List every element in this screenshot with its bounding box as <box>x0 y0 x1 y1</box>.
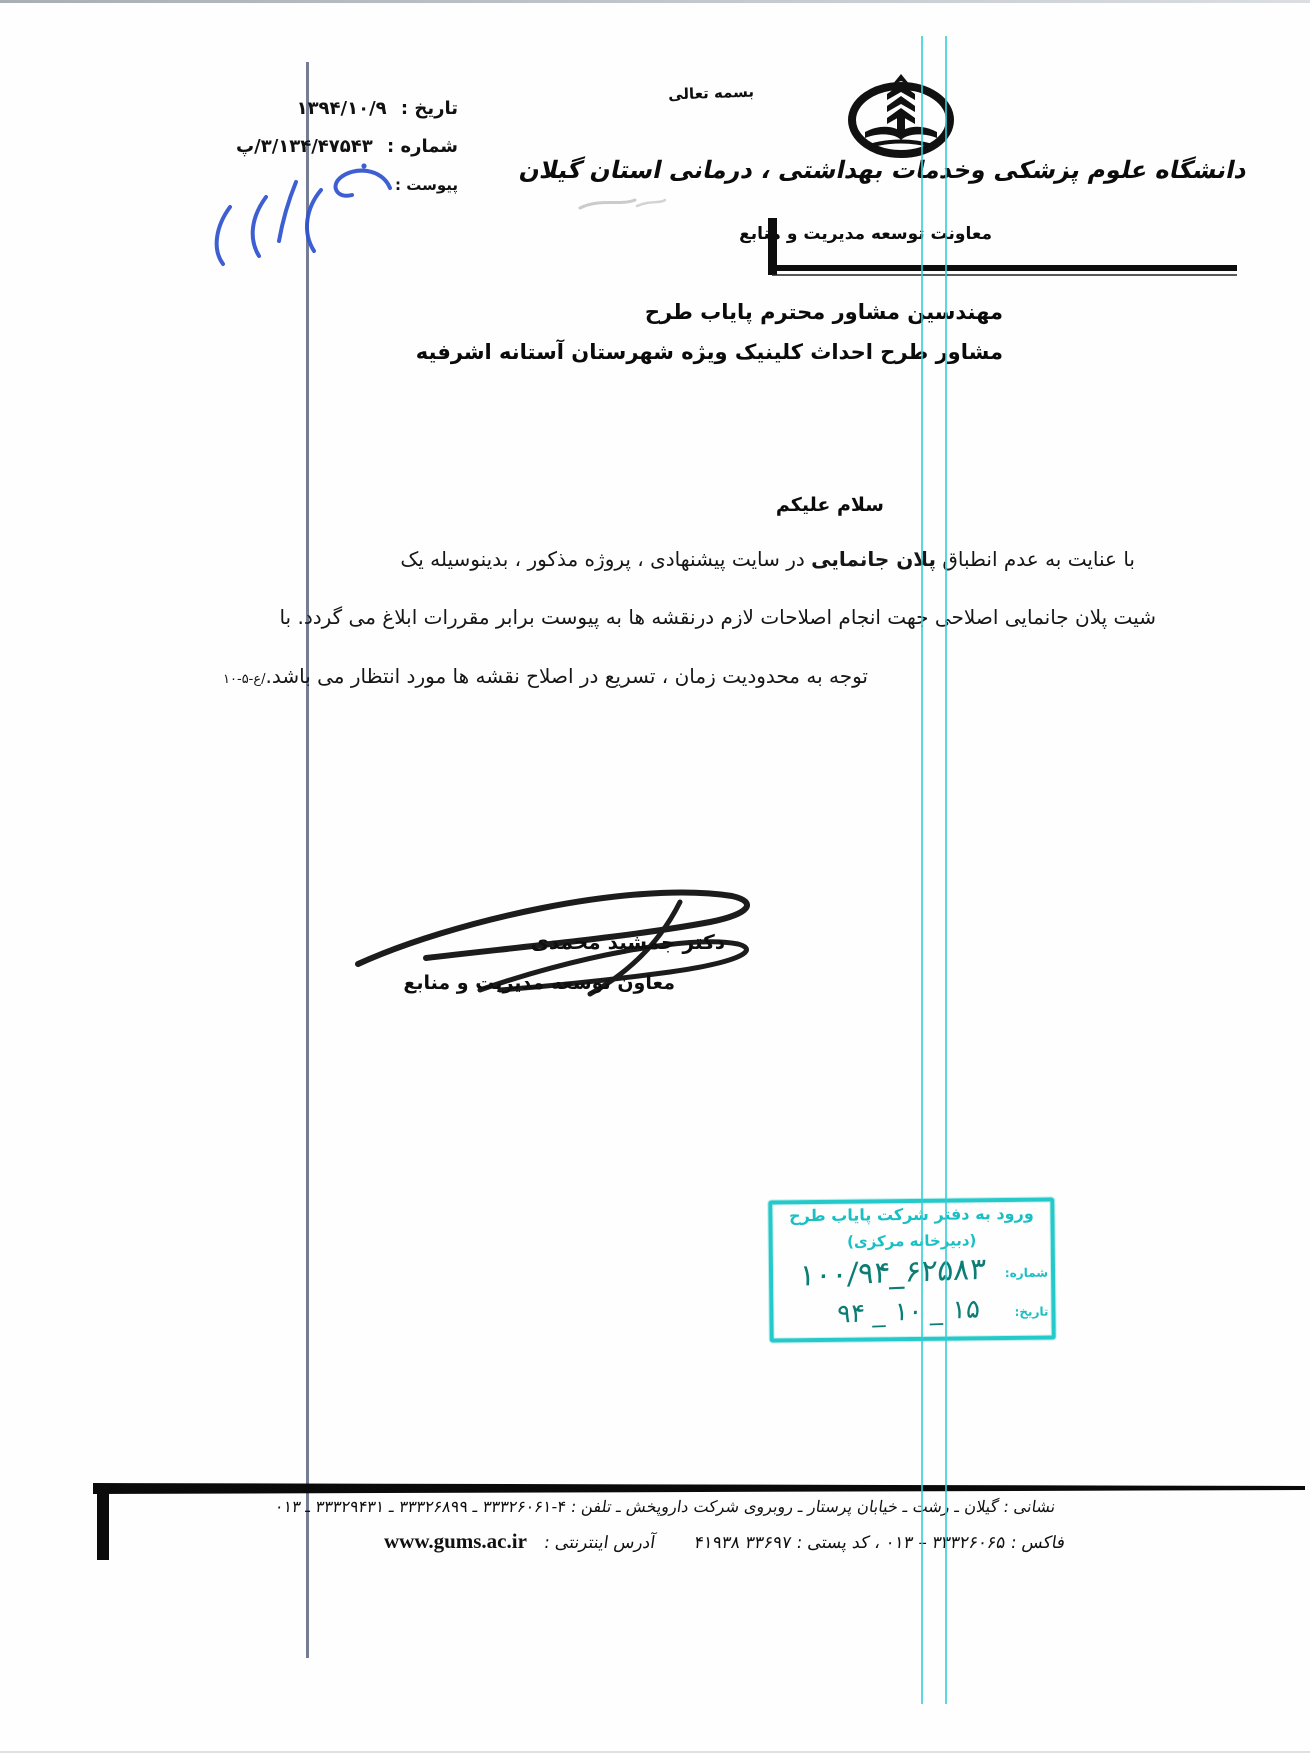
attachment-label: پیوست : <box>395 176 458 194</box>
body-line3-ref: /ع-۵-۱۰ <box>223 672 265 687</box>
body-line1-bold: پلان جانمایی <box>811 547 936 571</box>
scan-top-edge <box>0 0 1310 3</box>
body-line2: شیت پلان جانمایی اصلاحی جهت انجام اصلاحا… <box>279 605 1156 629</box>
entry-stamp: ورود به دفتر شرکت پایاب طرح (دبیرخانه مر… <box>768 1198 1055 1343</box>
scan-streak-line-1 <box>921 36 923 1704</box>
attachment-handwriting-ink <box>168 158 403 270</box>
stamp-number-value: ۱۰۰/۹۴_۶۲۵۸۳ <box>784 1251 1001 1294</box>
stamp-number-label: شماره: <box>1005 1266 1048 1280</box>
number-value: ۳/۱۳۴/۴۷۵۴۳/پ <box>236 136 373 157</box>
body-line1: با عنایت به عدم انطباق پلان جانمایی در س… <box>400 547 1135 571</box>
footer-corner-bar <box>97 1484 109 1560</box>
body-line3: توجه به محدودیت زمان ، تسریع در اصلاح نق… <box>223 664 868 688</box>
date-value: ۱۳۹۴/۱۰/۹ <box>297 98 387 119</box>
stamp-subtitle: (دبیرخانه مرکزی) <box>773 1231 1051 1252</box>
faint-pencil-scribble <box>575 190 670 216</box>
body-line1-post: در سایت پیشنهادی ، پروژه مذکور ، بدینوسی… <box>400 547 811 571</box>
recipient-line1: مهندسین مشاور محترم پایاب طرح <box>645 300 1003 324</box>
letter-page: تاریخ : ۱۳۹۴/۱۰/۹ شماره : ۳/۱۳۴/۴۷۵۴۳/پ … <box>0 0 1310 1753</box>
university-name: دانشگاه علوم پزشکی وخدمات بهداشتی ، درما… <box>517 156 1250 184</box>
footer-contact-line: فاکس : ۳۳۳۲۶۰۶۵ – ۰۱۳ ، کد پستی : ۳۳۶۹۷ … <box>382 1529 1067 1554</box>
body-line3-text: توجه به محدودیت زمان ، تسریع در اصلاح نق… <box>266 664 869 688</box>
website-url: www.gums.ac.ir <box>384 1529 527 1554</box>
salutation: سلام علیکم <box>776 494 884 516</box>
scan-streak-line-2 <box>945 36 947 1704</box>
number-field: شماره : ۳/۱۳۴/۴۷۵۴۳/پ <box>236 136 458 157</box>
date-field: تاریخ : ۱۳۹۴/۱۰/۹ <box>297 98 458 119</box>
footer-web-label: آدرس اینترنتی : <box>543 1533 657 1553</box>
department-name: معاونت توسعه مدیریت و منابع <box>739 224 992 244</box>
footer-address-line: نشانی : گیلان ـ رشت ـ خیابان پرستار ـ رو… <box>273 1497 1056 1516</box>
signature-scribble <box>330 862 770 1012</box>
basmala-calligraphy: بسمه تعالی <box>672 83 755 104</box>
letterhead-rule-shadow <box>772 274 1237 276</box>
recipient-line2: مشاور طرح احداث کلینیک ویژه شهرستان آستا… <box>416 340 1003 364</box>
university-logo-icon <box>845 72 957 158</box>
stamp-date-label: تاریخ: <box>1014 1305 1048 1319</box>
footer-rule <box>93 1482 1305 1496</box>
letterhead-rule <box>772 265 1237 271</box>
attachment-field: پیوست : <box>395 176 458 194</box>
number-label: شماره : <box>387 136 458 157</box>
body-line1-pre: با عنایت به عدم انطباق <box>936 547 1135 571</box>
fold-line <box>306 62 309 1658</box>
footer-fax-postal: فاکس : ۳۳۳۲۶۰۶۵ – ۰۱۳ ، کد پستی : ۳۳۶۹۷ … <box>693 1533 1066 1553</box>
date-label: تاریخ : <box>401 98 458 119</box>
stamp-title: ورود به دفتر شرکت پایاب طرح <box>772 1204 1050 1226</box>
stamp-date-value: ۹۴ _ ۱۰ _ ۱۵ <box>823 1294 995 1330</box>
